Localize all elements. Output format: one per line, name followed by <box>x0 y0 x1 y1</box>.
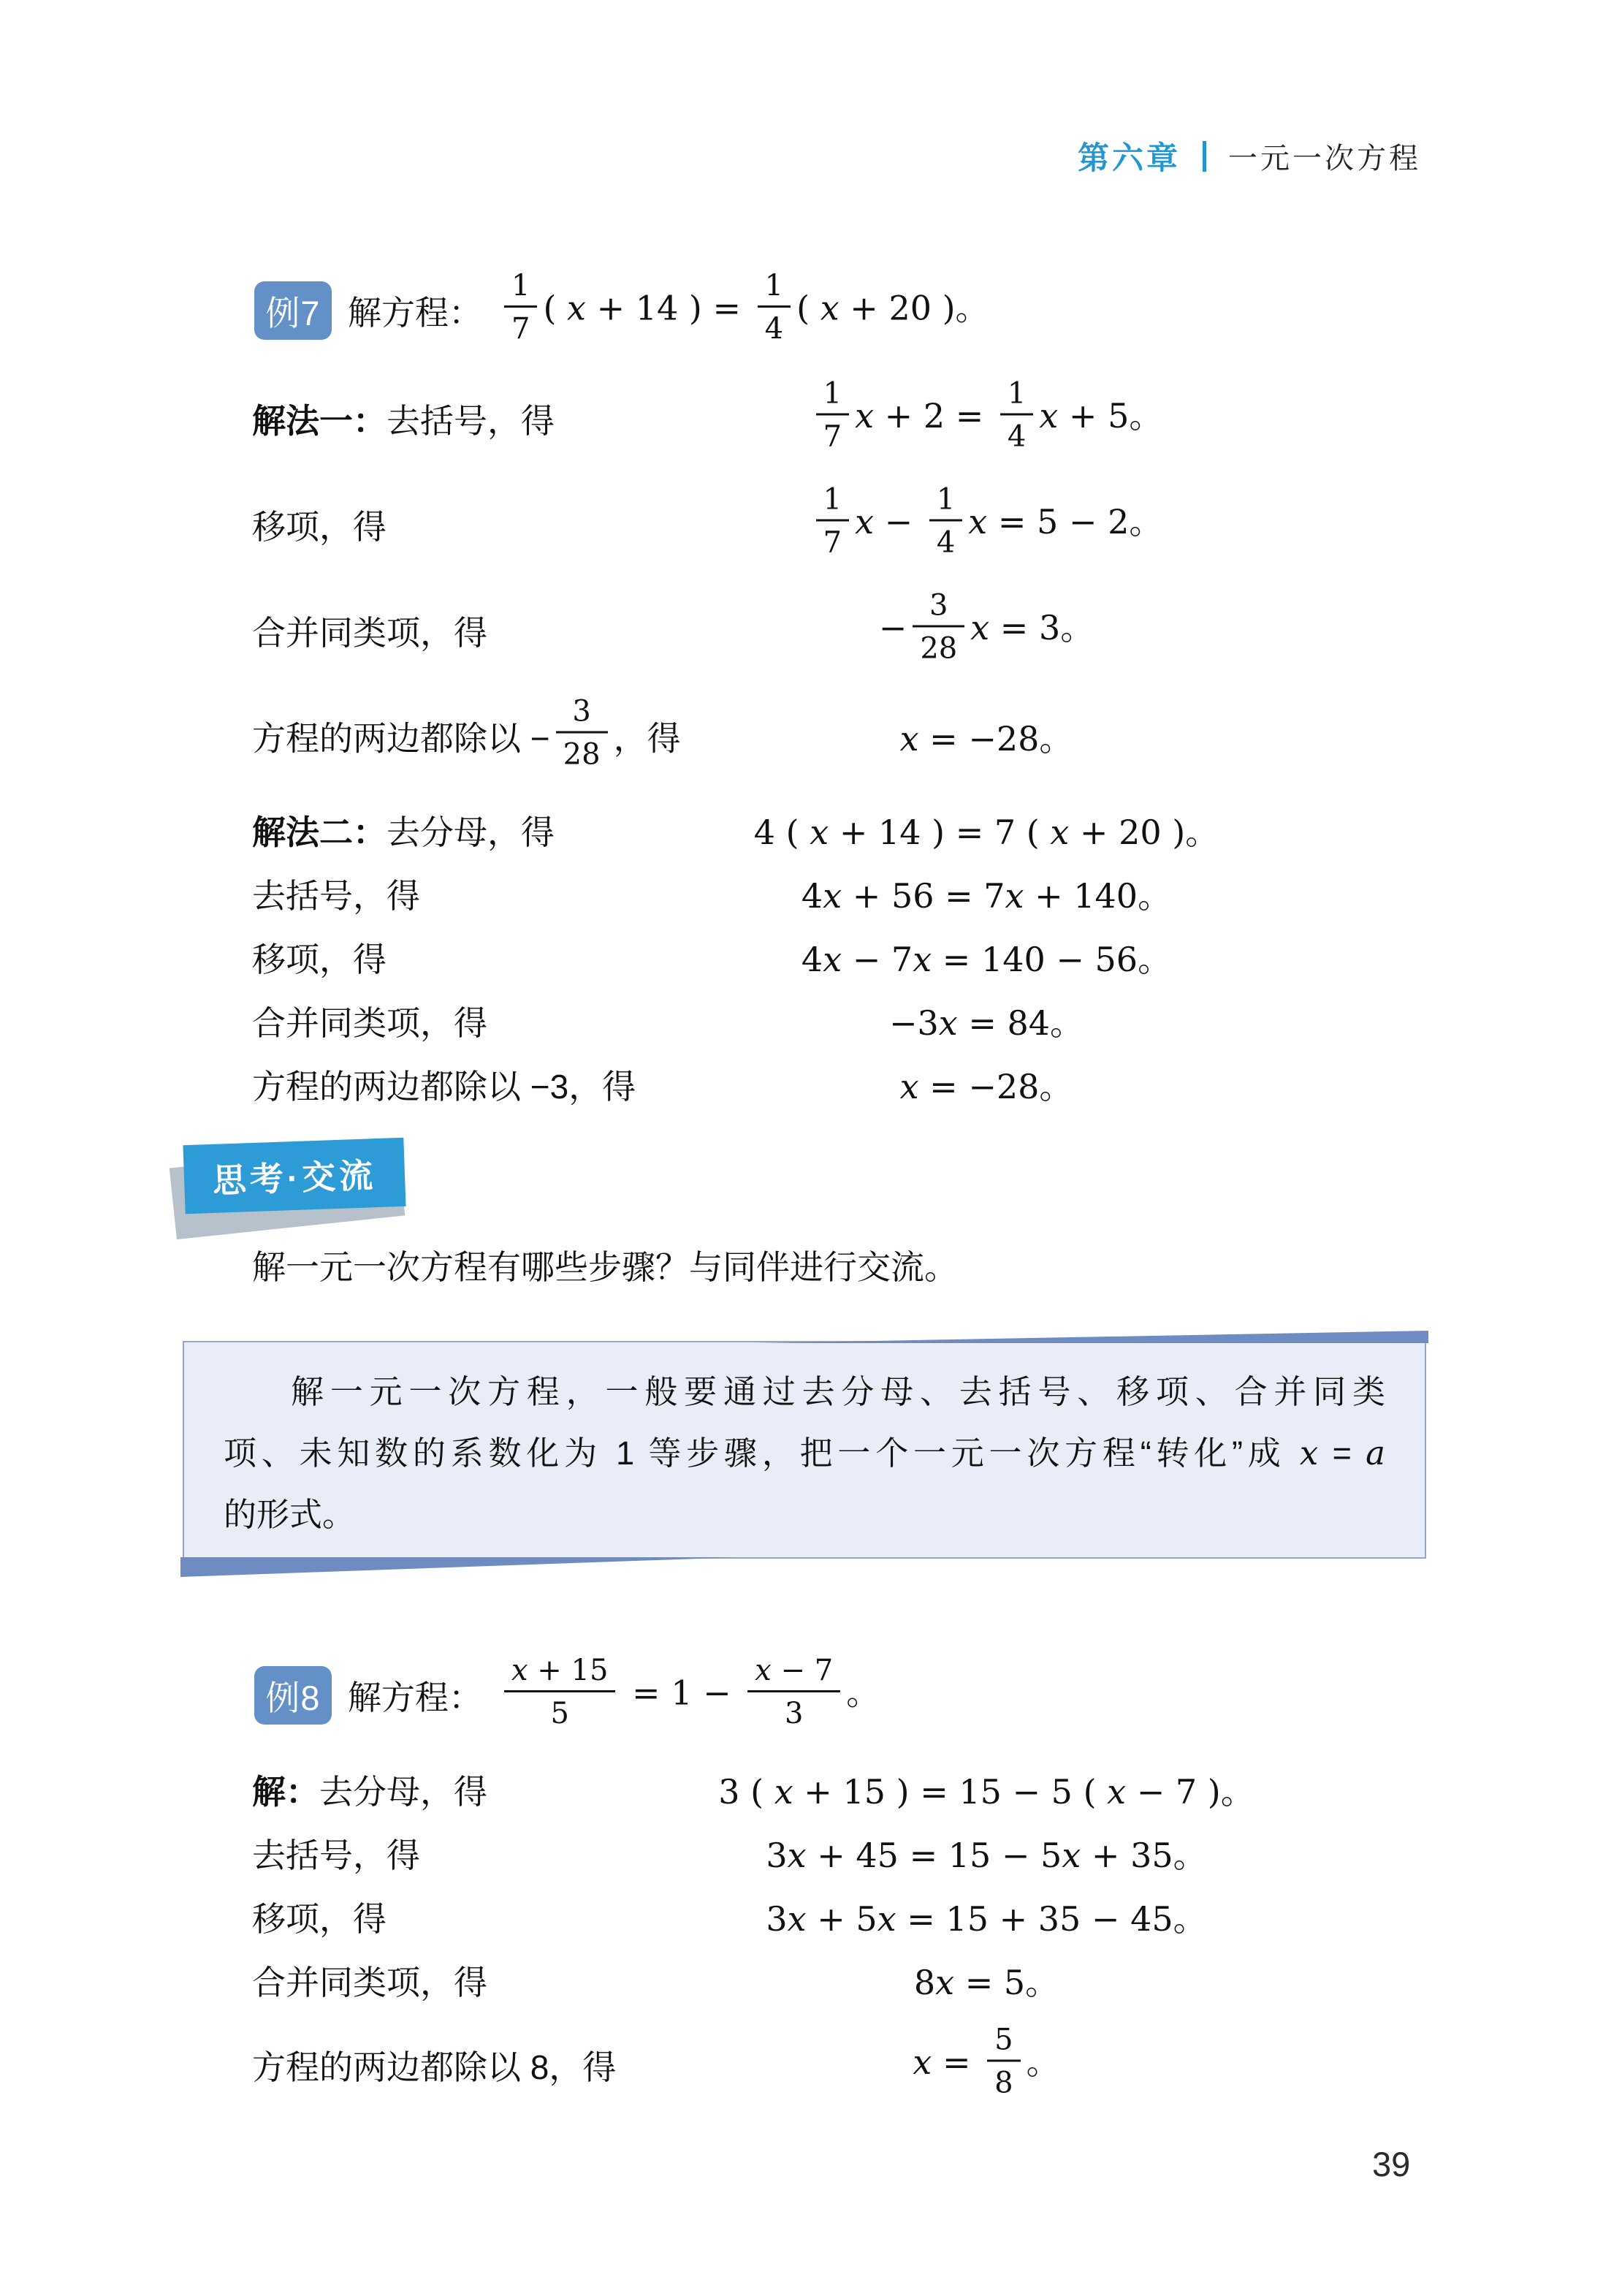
step-label: 去括号，得 <box>252 1829 420 1877</box>
solution-step-row: 合并同类项，得−3x = 84。 <box>0 989 1622 1052</box>
step-label: 解法一：去括号，得 <box>252 395 555 443</box>
solution-step-row: 合并同类项，得−328x = 3。 <box>0 577 1622 683</box>
step-equation: 4 ( x + 14 ) = 7 ( x + 20 )。 <box>621 806 1352 854</box>
step-label: 移项，得 <box>252 933 387 981</box>
summary-box-bottom-accent <box>180 1557 739 1577</box>
header-divider <box>1203 141 1206 172</box>
fraction: x − 73 <box>747 1656 840 1728</box>
fraction: 17 <box>816 379 849 451</box>
fraction: 328 <box>913 590 964 663</box>
example8-equation: x + 155 = 1 − x − 73。 <box>498 1660 880 1732</box>
example8-section: 例8 解方程： x + 155 = 1 − x − 73。 解：去分母，得3 (… <box>0 1633 1622 2118</box>
step-equation: 3x + 45 = 15 − 5x + 35。 <box>621 1829 1352 1877</box>
example7-equation: 17( x + 14 ) = 14( x + 20 )。 <box>498 275 989 347</box>
step-label: 方程的两边都除以 −328，得 <box>252 700 681 772</box>
step-label: 解法二：去分母，得 <box>252 806 555 854</box>
fraction: 17 <box>504 271 537 343</box>
solution-step-row: 方程的两边都除以 8，得x = 58。 <box>0 2012 1622 2118</box>
fraction: 58 <box>987 2025 1020 2097</box>
summary-line: 项、未知数的系数化为 1 等步骤，把一个一元一次方程“转化”成 x = a <box>224 1423 1385 1484</box>
example7-intro: 解方程： <box>348 286 482 335</box>
example7-section: 例7 解方程： 17( x + 14 ) = 14( x + 20 )。 解法一… <box>0 256 1622 1116</box>
solution-step-row: 解法一：去括号，得17x + 2 = 14x + 5。 <box>0 365 1622 471</box>
summary-line: 的形式。 <box>224 1484 1385 1546</box>
summary-line: 解一元一次方程，一般要通过去分母、去括号、移项、合并同类 <box>224 1361 1385 1423</box>
fraction: 14 <box>1000 379 1033 451</box>
fraction: x + 155 <box>504 1656 615 1728</box>
solution-step-row: 移项，得17x − 14x = 5 − 2。 <box>0 471 1622 577</box>
solution-step-row: 移项，得3x + 5x = 15 + 35 − 45。 <box>0 1885 1622 1948</box>
page-header: 第六章 一元一次方程 <box>1078 134 1421 178</box>
step-equation: 17x + 2 = 14x + 5。 <box>621 382 1352 455</box>
example8-intro: 解方程： <box>348 1671 482 1719</box>
example8-steps: 解：去分母，得3 ( x + 15 ) = 15 − 5 ( x − 7 )。去… <box>0 1757 1622 2118</box>
solution-step-row: 去括号，得4x + 56 = 7x + 140。 <box>0 862 1622 925</box>
step-equation: 4x + 56 = 7x + 140。 <box>621 870 1352 918</box>
example8-head: 例8 解方程： x + 155 = 1 − x − 73。 <box>0 1633 1622 1757</box>
summary-text: 解一元一次方程，一般要通过去分母、去括号、移项、合并同类项、未知数的系数化为 1… <box>184 1342 1425 1546</box>
example7-steps: 解法一：去括号，得17x + 2 = 14x + 5。移项，得17x − 14x… <box>0 365 1622 1116</box>
step-equation: 17x − 14x = 5 − 2。 <box>621 488 1352 560</box>
step-label: 方程的两边都除以 −3，得 <box>252 1060 636 1109</box>
think-communicate-badge: 思考·交流 <box>183 1138 405 1214</box>
step-equation: 4x − 7x = 140 − 56。 <box>621 933 1352 981</box>
step-equation: −328x = 3。 <box>621 594 1352 666</box>
solution-step-row: 移项，得4x − 7x = 140 − 56。 <box>0 925 1622 989</box>
chapter-title: 一元一次方程 <box>1228 135 1421 177</box>
step-label: 方程的两边都除以 8，得 <box>252 2041 616 2089</box>
step-label: 移项，得 <box>252 501 387 549</box>
step-equation: x = 58。 <box>621 2029 1352 2101</box>
step-equation: 3x + 5x = 15 + 35 − 45。 <box>621 1893 1352 1941</box>
fraction: 14 <box>929 484 962 557</box>
step-equation: 3 ( x + 15 ) = 15 − 5 ( x − 7 )。 <box>621 1765 1352 1814</box>
solution-step-row: 方程的两边都除以 −3，得x = −28。 <box>0 1052 1622 1116</box>
solution-step-row: 合并同类项，得8x = 5。 <box>0 1948 1622 2012</box>
example7-head: 例7 解方程： 17( x + 14 ) = 14( x + 20 )。 <box>0 256 1622 365</box>
solution-step-row: 去括号，得3x + 45 = 15 − 5x + 35。 <box>0 1821 1622 1885</box>
fraction: 328 <box>556 696 608 769</box>
page-number: 39 <box>1372 2144 1410 2184</box>
solution-step-row: 解：去分母，得3 ( x + 15 ) = 15 − 5 ( x − 7 )。 <box>0 1757 1622 1821</box>
step-label: 移项，得 <box>252 1893 387 1941</box>
step-equation: 8x = 5。 <box>621 1956 1352 2004</box>
step-label: 去括号，得 <box>252 870 420 918</box>
fraction: 14 <box>758 271 791 343</box>
solution-step-row: 方程的两边都除以 −328，得x = −28。 <box>0 683 1622 789</box>
think-question: 解一元一次方程有哪些步骤？与同伴进行交流。 <box>252 1241 958 1289</box>
step-label: 解：去分母，得 <box>252 1765 487 1814</box>
step-equation: −3x = 84。 <box>621 997 1352 1045</box>
step-label: 合并同类项，得 <box>252 607 487 655</box>
summary-box: 解一元一次方程，一般要通过去分母、去括号、移项、合并同类项、未知数的系数化为 1… <box>183 1341 1426 1559</box>
solution-step-row: 解法二：去分母，得4 ( x + 14 ) = 7 ( x + 20 )。 <box>0 798 1622 862</box>
think-communicate-section: 思考·交流 解一元一次方程有哪些步骤？与同伴进行交流。 <box>175 1137 1622 1356</box>
example8-badge: 例8 <box>254 1666 332 1725</box>
fraction: 17 <box>816 484 849 557</box>
step-label: 合并同类项，得 <box>252 1956 487 2004</box>
step-equation: x = −28。 <box>621 712 1352 761</box>
step-label: 合并同类项，得 <box>252 997 487 1045</box>
step-equation: x = −28。 <box>621 1060 1352 1109</box>
textbook-page: 第六章 一元一次方程 例7 解方程： 17( x + 14 ) = 14( x … <box>0 0 1622 2296</box>
chapter-label: 第六章 <box>1078 134 1181 178</box>
example7-badge: 例7 <box>254 281 332 340</box>
